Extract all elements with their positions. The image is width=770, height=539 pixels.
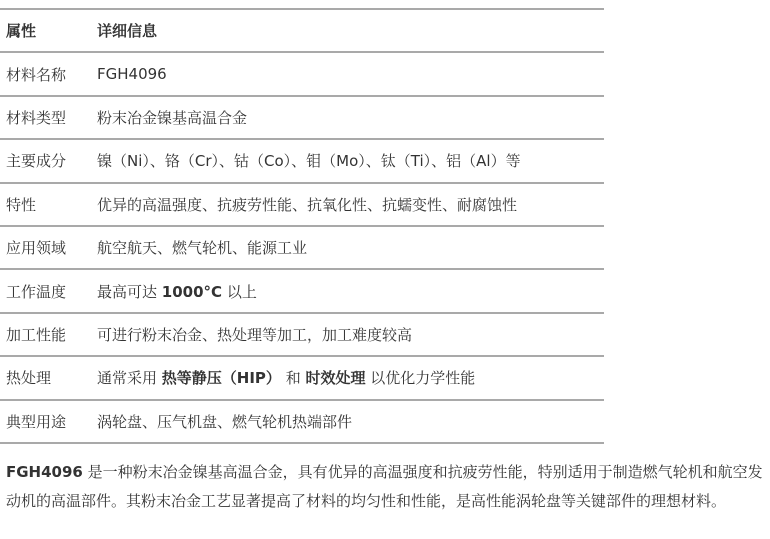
value-text: 和 — [281, 369, 306, 387]
value-text: 通常采用 — [97, 369, 162, 387]
table-row: 典型用途 涡轮盘、压气机盘、燃气轮机热端部件 — [0, 400, 604, 443]
summary-text: 是一种粉末冶金镍基高温合金，具有优异的高温强度和抗疲劳性能，特别适用于制造燃气轮… — [6, 463, 763, 510]
summary-paragraph: FGH4096 是一种粉末冶金镍基高温合金，具有优异的高温强度和抗疲劳性能，特别… — [6, 458, 766, 516]
value-emphasis: 热等静压（HIP） — [162, 369, 281, 387]
document: 属性 详细信息 材料名称 FGH4096 材料类型 粉末冶金镍基高温合金 主要成… — [0, 0, 770, 516]
row-value: 最高可达 1000°C 以上 — [91, 269, 604, 312]
table-row: 主要成分 镍（Ni）、铬（Cr）、钴（Co）、钼（Mo）、钛（Ti）、铝（Al）… — [0, 139, 604, 182]
table-row: 材料类型 粉末冶金镍基高温合金 — [0, 96, 604, 139]
value-text: 最高可达 — [97, 283, 162, 301]
row-value: 涡轮盘、压气机盘、燃气轮机热端部件 — [91, 400, 604, 443]
row-value: 可进行粉末冶金、热处理等加工，加工难度较高 — [91, 313, 604, 356]
row-label: 材料名称 — [0, 52, 91, 95]
header-attribute: 属性 — [0, 9, 91, 52]
properties-table: 属性 详细信息 材料名称 FGH4096 材料类型 粉末冶金镍基高温合金 主要成… — [0, 8, 604, 444]
table-row: 材料名称 FGH4096 — [0, 52, 604, 95]
row-label: 材料类型 — [0, 96, 91, 139]
row-value: 粉末冶金镍基高温合金 — [91, 96, 604, 139]
row-value: 通常采用 热等静压（HIP） 和 时效处理 以优化力学性能 — [91, 356, 604, 399]
table-row: 加工性能 可进行粉末冶金、热处理等加工，加工难度较高 — [0, 313, 604, 356]
table-row: 应用领域 航空航天、燃气轮机、能源工业 — [0, 226, 604, 269]
row-label: 典型用途 — [0, 400, 91, 443]
table-row: 热处理 通常采用 热等静压（HIP） 和 时效处理 以优化力学性能 — [0, 356, 604, 399]
row-value: 镍（Ni）、铬（Cr）、钴（Co）、钼（Mo）、钛（Ti）、铝（Al）等 — [91, 139, 604, 182]
row-label: 加工性能 — [0, 313, 91, 356]
table-row: 工作温度 最高可达 1000°C 以上 — [0, 269, 604, 312]
row-value: 航空航天、燃气轮机、能源工业 — [91, 226, 604, 269]
row-label: 热处理 — [0, 356, 91, 399]
value-emphasis: 时效处理 — [305, 369, 365, 387]
header-details: 详细信息 — [91, 9, 604, 52]
table-row: 特性 优异的高温强度、抗疲劳性能、抗氧化性、抗蠕变性、耐腐蚀性 — [0, 183, 604, 226]
value-text: 以上 — [222, 283, 257, 301]
row-label: 主要成分 — [0, 139, 91, 182]
value-emphasis: 1000°C — [162, 283, 222, 301]
value-text: 以优化力学性能 — [365, 369, 475, 387]
summary-bold: FGH4096 — [6, 463, 83, 481]
row-label: 工作温度 — [0, 269, 91, 312]
row-value: FGH4096 — [91, 52, 604, 95]
row-value: 优异的高温强度、抗疲劳性能、抗氧化性、抗蠕变性、耐腐蚀性 — [91, 183, 604, 226]
row-label: 应用领域 — [0, 226, 91, 269]
table-header-row: 属性 详细信息 — [0, 9, 604, 52]
row-label: 特性 — [0, 183, 91, 226]
